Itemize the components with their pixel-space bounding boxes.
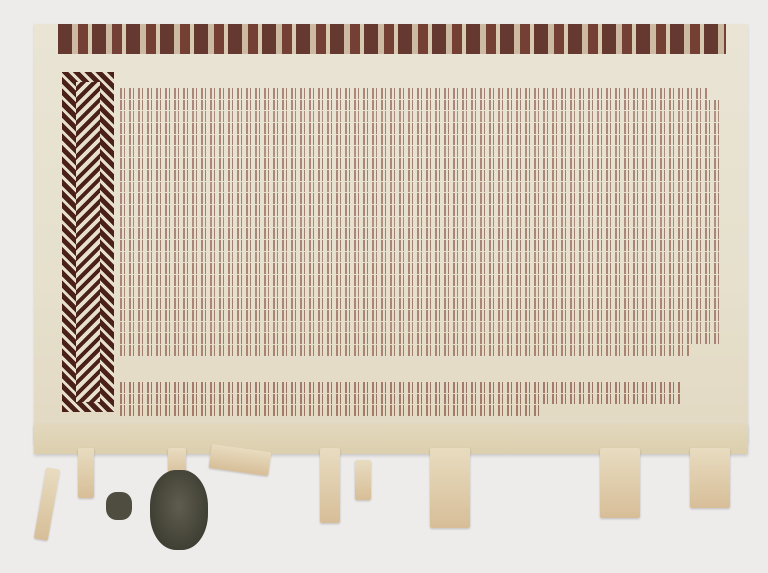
seal-tag: [320, 448, 340, 523]
seal-fragment: [106, 492, 132, 520]
charter-text: [120, 88, 720, 408]
seal-tag: [78, 448, 94, 498]
seal-tag: [600, 448, 640, 518]
folded-plica: [34, 424, 748, 454]
decorated-initial: [62, 72, 114, 412]
notarial-closing: [120, 382, 680, 417]
illuminated-header: Illuminated display script: [58, 24, 726, 54]
wax-seal: [150, 470, 208, 550]
seal-tag: [690, 448, 730, 508]
seal-tag: [430, 448, 470, 528]
seal-tag: [355, 460, 371, 500]
seal-tag: [34, 467, 60, 540]
